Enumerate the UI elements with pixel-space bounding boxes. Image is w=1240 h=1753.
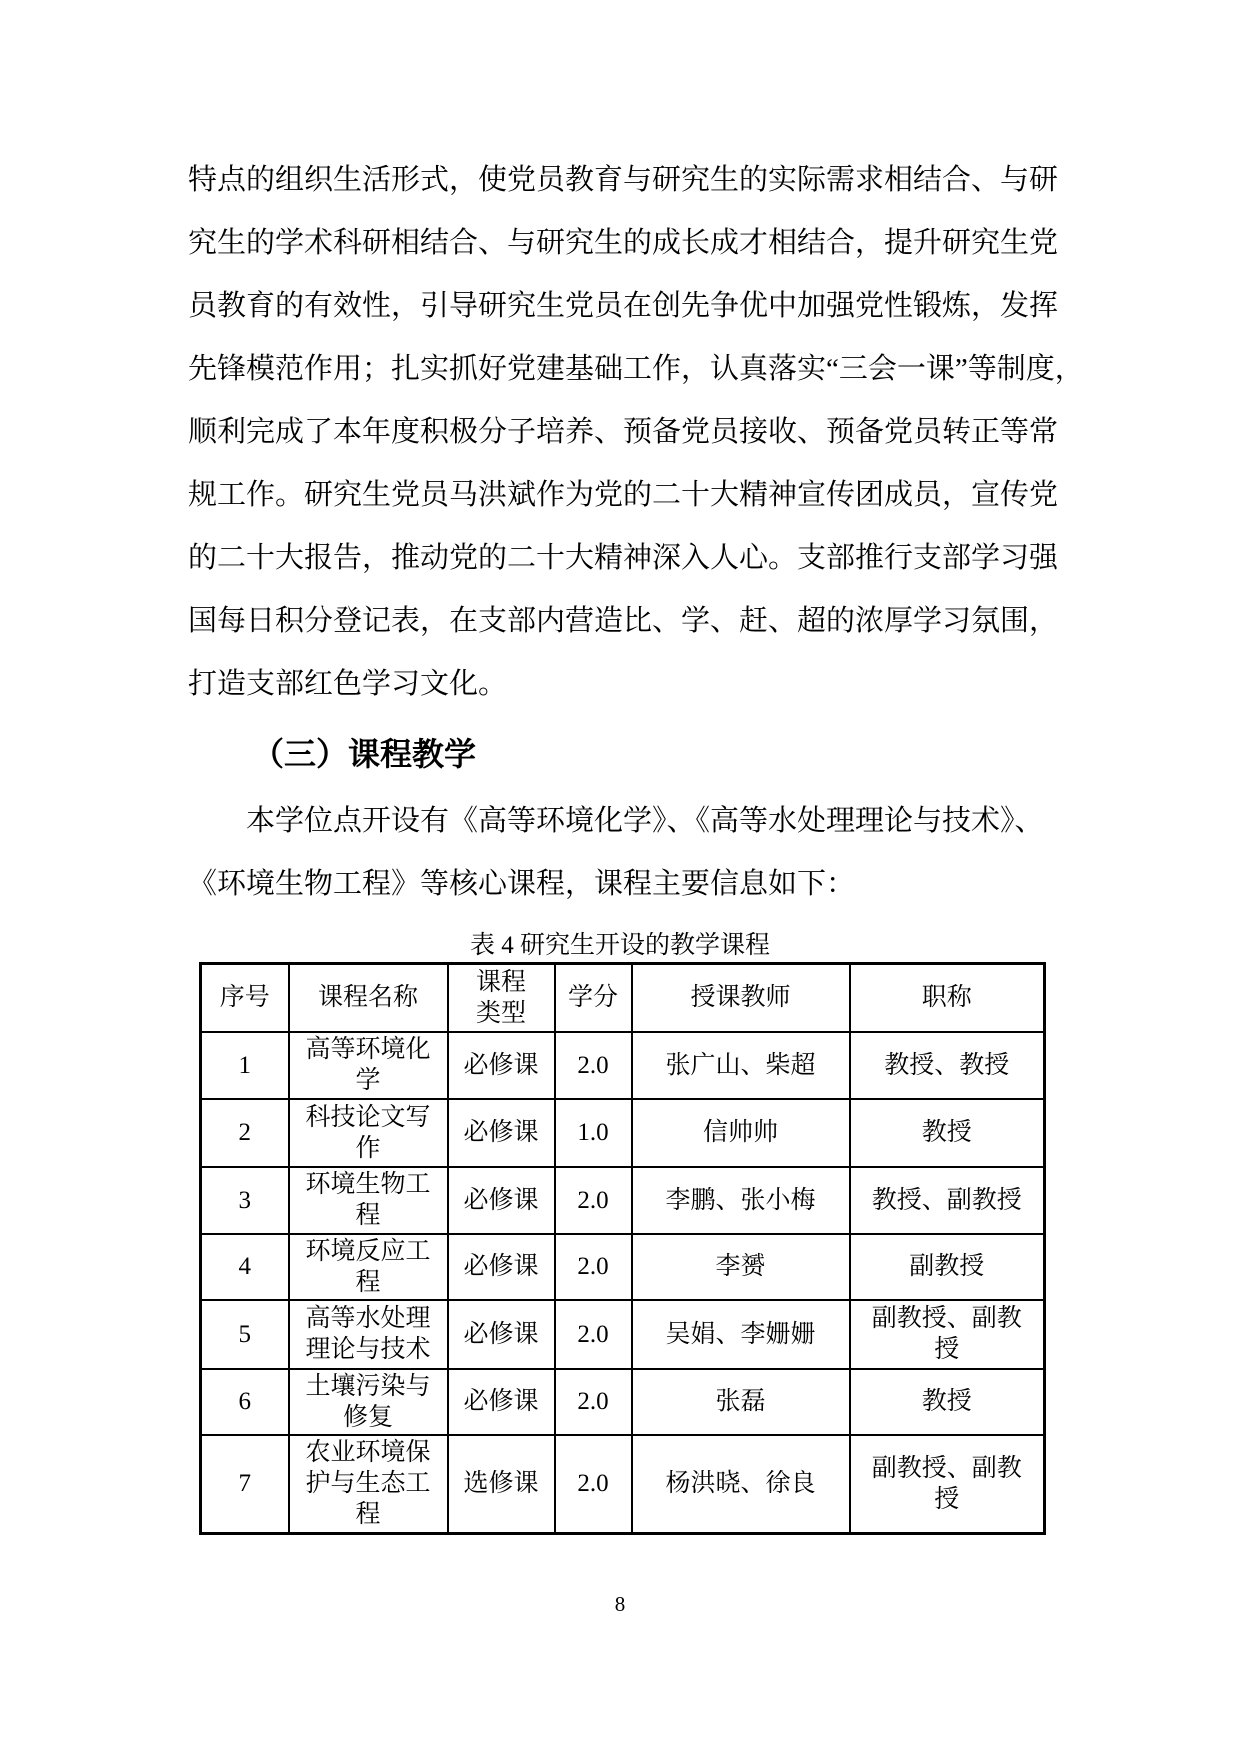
table-caption: 表 4 研究生开设的教学课程 bbox=[0, 928, 1240, 964]
cell-teacher: 杨洪晓、徐良 bbox=[632, 1435, 850, 1534]
cell-index: 3 bbox=[201, 1167, 289, 1234]
cell-course-name: 农业环境保 护与生态工 程 bbox=[289, 1435, 448, 1534]
cell-course-name: 科技论文写 作 bbox=[289, 1099, 448, 1167]
cell-course-type: 必修课 bbox=[448, 1234, 555, 1300]
cell-course-name: 环境反应工 程 bbox=[289, 1234, 448, 1300]
document-page: 特点的组织生活形式，使党员教育与研究生的实际需求相结合、与研 究生的学术科研相结… bbox=[0, 0, 1240, 1753]
cell-title: 教授 bbox=[850, 1099, 1045, 1167]
cell-title: 教授、教授 bbox=[850, 1032, 1045, 1099]
body-line: 本学位点开设有《高等环境化学》、《高等水处理理论与技术》、 bbox=[188, 790, 1078, 853]
body-line: 员教育的有效性，引导研究生党员在创先争优中加强党性锻炼，发挥 bbox=[188, 275, 1078, 338]
cell-credits: 2.0 bbox=[555, 1032, 632, 1099]
cell-credits: 2.0 bbox=[555, 1300, 632, 1369]
cell-index: 2 bbox=[201, 1099, 289, 1167]
table-row: 6 土壤污染与 修复 必修课 2.0 张磊 教授 bbox=[201, 1369, 1045, 1435]
cell-teacher: 李鹏、张小梅 bbox=[632, 1167, 850, 1234]
cell-title: 副教授、副教 授 bbox=[850, 1300, 1045, 1369]
body-line: 《环境生物工程》等核心课程，课程主要信息如下： bbox=[188, 853, 1078, 916]
cell-teacher: 张广山、柴超 bbox=[632, 1032, 850, 1099]
cell-course-type: 必修课 bbox=[448, 1369, 555, 1435]
table-row: 2 科技论文写 作 必修课 1.0 信帅帅 教授 bbox=[201, 1099, 1045, 1167]
header-cell-title: 职称 bbox=[850, 964, 1045, 1032]
cell-credits: 2.0 bbox=[555, 1369, 632, 1435]
table-row: 5 高等水处理 理论与技术 必修课 2.0 吴娟、李姗姗 副教授、副教 授 bbox=[201, 1300, 1045, 1369]
header-cell-course-name: 课程名称 bbox=[289, 964, 448, 1032]
table-row: 1 高等环境化 学 必修课 2.0 张广山、柴超 教授、教授 bbox=[201, 1032, 1045, 1099]
cell-title: 教授 bbox=[850, 1369, 1045, 1435]
cell-credits: 2.0 bbox=[555, 1234, 632, 1300]
cell-course-type: 选修课 bbox=[448, 1435, 555, 1534]
cell-teacher: 信帅帅 bbox=[632, 1099, 850, 1167]
cell-index: 4 bbox=[201, 1234, 289, 1300]
header-cell-course-type: 课程 类型 bbox=[448, 964, 555, 1032]
table-row: 4 环境反应工 程 必修课 2.0 李赟 副教授 bbox=[201, 1234, 1045, 1300]
cell-teacher: 吴娟、李姗姗 bbox=[632, 1300, 850, 1369]
cell-index: 5 bbox=[201, 1300, 289, 1369]
body-line: 顺利完成了本年度积极分子培养、预备党员接收、预备党员转正等常 bbox=[188, 401, 1078, 464]
table-row: 7 农业环境保 护与生态工 程 选修课 2.0 杨洪晓、徐良 副教授、副教 授 bbox=[201, 1435, 1045, 1534]
course-table: 序号 课程名称 课程 类型 学分 授课教师 职称 1 高等环境化 学 必修课 2… bbox=[199, 962, 1046, 1535]
body-line: 国每日积分登记表，在支部内营造比、学、赶、超的浓厚学习氛围， bbox=[188, 590, 1078, 653]
body-line: 规工作。研究生党员马洪斌作为党的二十大精神宣传团成员，宣传党 bbox=[188, 464, 1078, 527]
cell-title: 副教授 bbox=[850, 1234, 1045, 1300]
header-cell-index: 序号 bbox=[201, 964, 289, 1032]
table-row: 3 环境生物工 程 必修课 2.0 李鹏、张小梅 教授、副教授 bbox=[201, 1167, 1045, 1234]
cell-course-name: 高等环境化 学 bbox=[289, 1032, 448, 1099]
cell-credits: 2.0 bbox=[555, 1167, 632, 1234]
body-line: 打造支部红色学习文化。 bbox=[188, 653, 1078, 716]
cell-course-type: 必修课 bbox=[448, 1099, 555, 1167]
body-line: 的二十大报告，推动党的二十大精神深入人心。支部推行支部学习强 bbox=[188, 527, 1078, 590]
cell-credits: 1.0 bbox=[555, 1099, 632, 1167]
cell-course-type: 必修课 bbox=[448, 1300, 555, 1369]
cell-course-type: 必修课 bbox=[448, 1032, 555, 1099]
cell-teacher: 李赟 bbox=[632, 1234, 850, 1300]
cell-course-name: 环境生物工 程 bbox=[289, 1167, 448, 1234]
cell-course-name: 高等水处理 理论与技术 bbox=[289, 1300, 448, 1369]
paragraph-course-intro: 本学位点开设有《高等环境化学》、《高等水处理理论与技术》、 《环境生物工程》等核… bbox=[188, 790, 1078, 916]
header-cell-teacher: 授课教师 bbox=[632, 964, 850, 1032]
course-table-container: 序号 课程名称 课程 类型 学分 授课教师 职称 1 高等环境化 学 必修课 2… bbox=[199, 962, 1046, 1535]
body-line: 先锋模范作用；扎实抓好党建基础工作，认真落实“三会一课”等制度， bbox=[188, 338, 1078, 401]
cell-course-name: 土壤污染与 修复 bbox=[289, 1369, 448, 1435]
page-number: 8 bbox=[0, 1591, 1240, 1617]
body-line: 特点的组织生活形式，使党员教育与研究生的实际需求相结合、与研 bbox=[188, 149, 1078, 212]
cell-teacher: 张磊 bbox=[632, 1369, 850, 1435]
cell-index: 7 bbox=[201, 1435, 289, 1534]
cell-title: 教授、副教授 bbox=[850, 1167, 1045, 1234]
header-cell-credits: 学分 bbox=[555, 964, 632, 1032]
cell-course-type: 必修课 bbox=[448, 1167, 555, 1234]
table-header-row: 序号 课程名称 课程 类型 学分 授课教师 职称 bbox=[201, 964, 1045, 1032]
paragraph-party-building: 特点的组织生活形式，使党员教育与研究生的实际需求相结合、与研 究生的学术科研相结… bbox=[188, 149, 1078, 716]
cell-index: 6 bbox=[201, 1369, 289, 1435]
cell-credits: 2.0 bbox=[555, 1435, 632, 1534]
section-heading-course-teaching: （三）课程教学 bbox=[252, 728, 476, 780]
body-line: 究生的学术科研相结合、与研究生的成长成才相结合，提升研究生党 bbox=[188, 212, 1078, 275]
cell-title: 副教授、副教 授 bbox=[850, 1435, 1045, 1534]
cell-index: 1 bbox=[201, 1032, 289, 1099]
